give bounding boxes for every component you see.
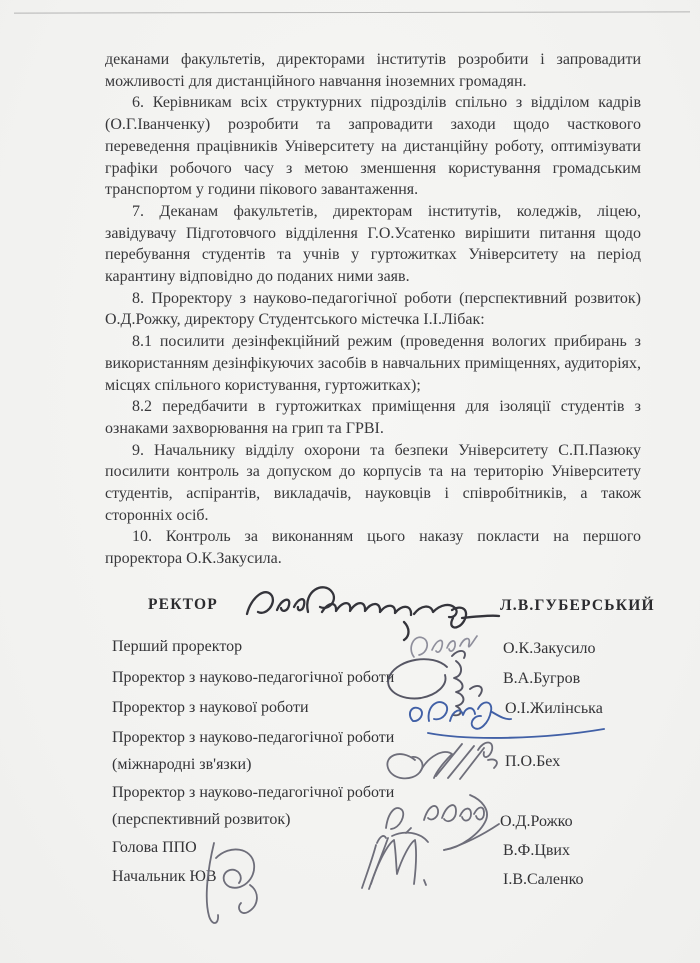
rector-signature-scribble bbox=[247, 587, 499, 640]
signatory-role: Проректор з науково-педагогічної роботи bbox=[112, 784, 394, 802]
signatory-name: П.О.Бех bbox=[505, 753, 560, 771]
buhrov-signature-scribble bbox=[388, 651, 482, 715]
scanned-order-page: деканами факультетів, директорами інстит… bbox=[0, 0, 700, 963]
order-paragraph-7: 7. Деканам факультетів, директорам інсти… bbox=[105, 201, 641, 288]
zakusylo-signature-scribble bbox=[411, 636, 477, 657]
rozhko-signature-scribble bbox=[386, 795, 499, 850]
signatory-role: Перший проректор bbox=[112, 638, 242, 656]
signatory-name: І.В.Саленко bbox=[503, 871, 584, 889]
signatory-name: О.І.Жилінська bbox=[505, 700, 603, 718]
order-paragraph-8: 8. Проректору з науково-педагогічної роб… bbox=[105, 288, 641, 331]
order-paragraph-6: 6. Керівникам всіх структурних підрозділ… bbox=[105, 92, 641, 201]
signatory-name: О.К.Закусило bbox=[503, 640, 596, 658]
signatory-role: Проректор з наукової роботи bbox=[112, 699, 309, 717]
rector-role-label: РЕКТОР bbox=[148, 596, 218, 614]
signatory-role-line2: (міжнародні зв'язки) bbox=[112, 756, 251, 774]
signatory-role: Проректор з науково-педагогічної роботи bbox=[112, 729, 394, 747]
order-paragraph-10: 10. Контроль за виконанням цього наказу … bbox=[105, 526, 641, 569]
rector-name: Л.В.ГУБЕРСЬКИЙ bbox=[500, 597, 655, 615]
signatory-name: В.Ф.Цвих bbox=[503, 842, 570, 860]
order-paragraph-continuation: деканами факультетів, директорами інстит… bbox=[105, 49, 641, 92]
scan-edge-line bbox=[14, 11, 690, 13]
order-paragraph-8-2: 8.2 передбачити в гуртожитках приміщення… bbox=[105, 396, 641, 439]
signatory-role: Начальник ЮВ bbox=[112, 868, 217, 886]
order-paragraph-8-1: 8.1 посилити дезінфекційний режим (прове… bbox=[105, 331, 641, 396]
order-paragraph-9: 9. Начальнику відділу охорони та безпеки… bbox=[105, 440, 641, 527]
signatory-name: В.А.Бугров bbox=[503, 670, 580, 688]
bekh-signature-scribble bbox=[387, 743, 497, 780]
order-body-text: деканами факультетів, директорами інстит… bbox=[105, 49, 641, 570]
signatory-role: Голова ППО bbox=[112, 839, 197, 857]
signatory-role-line2: (перспективний розвиток) bbox=[112, 811, 290, 829]
tsvykh-signature-scribble bbox=[362, 833, 428, 889]
signatory-role: Проректор з науково-педагогічної роботи bbox=[112, 669, 394, 687]
signatory-name: О.Д.Рожко bbox=[500, 813, 573, 831]
